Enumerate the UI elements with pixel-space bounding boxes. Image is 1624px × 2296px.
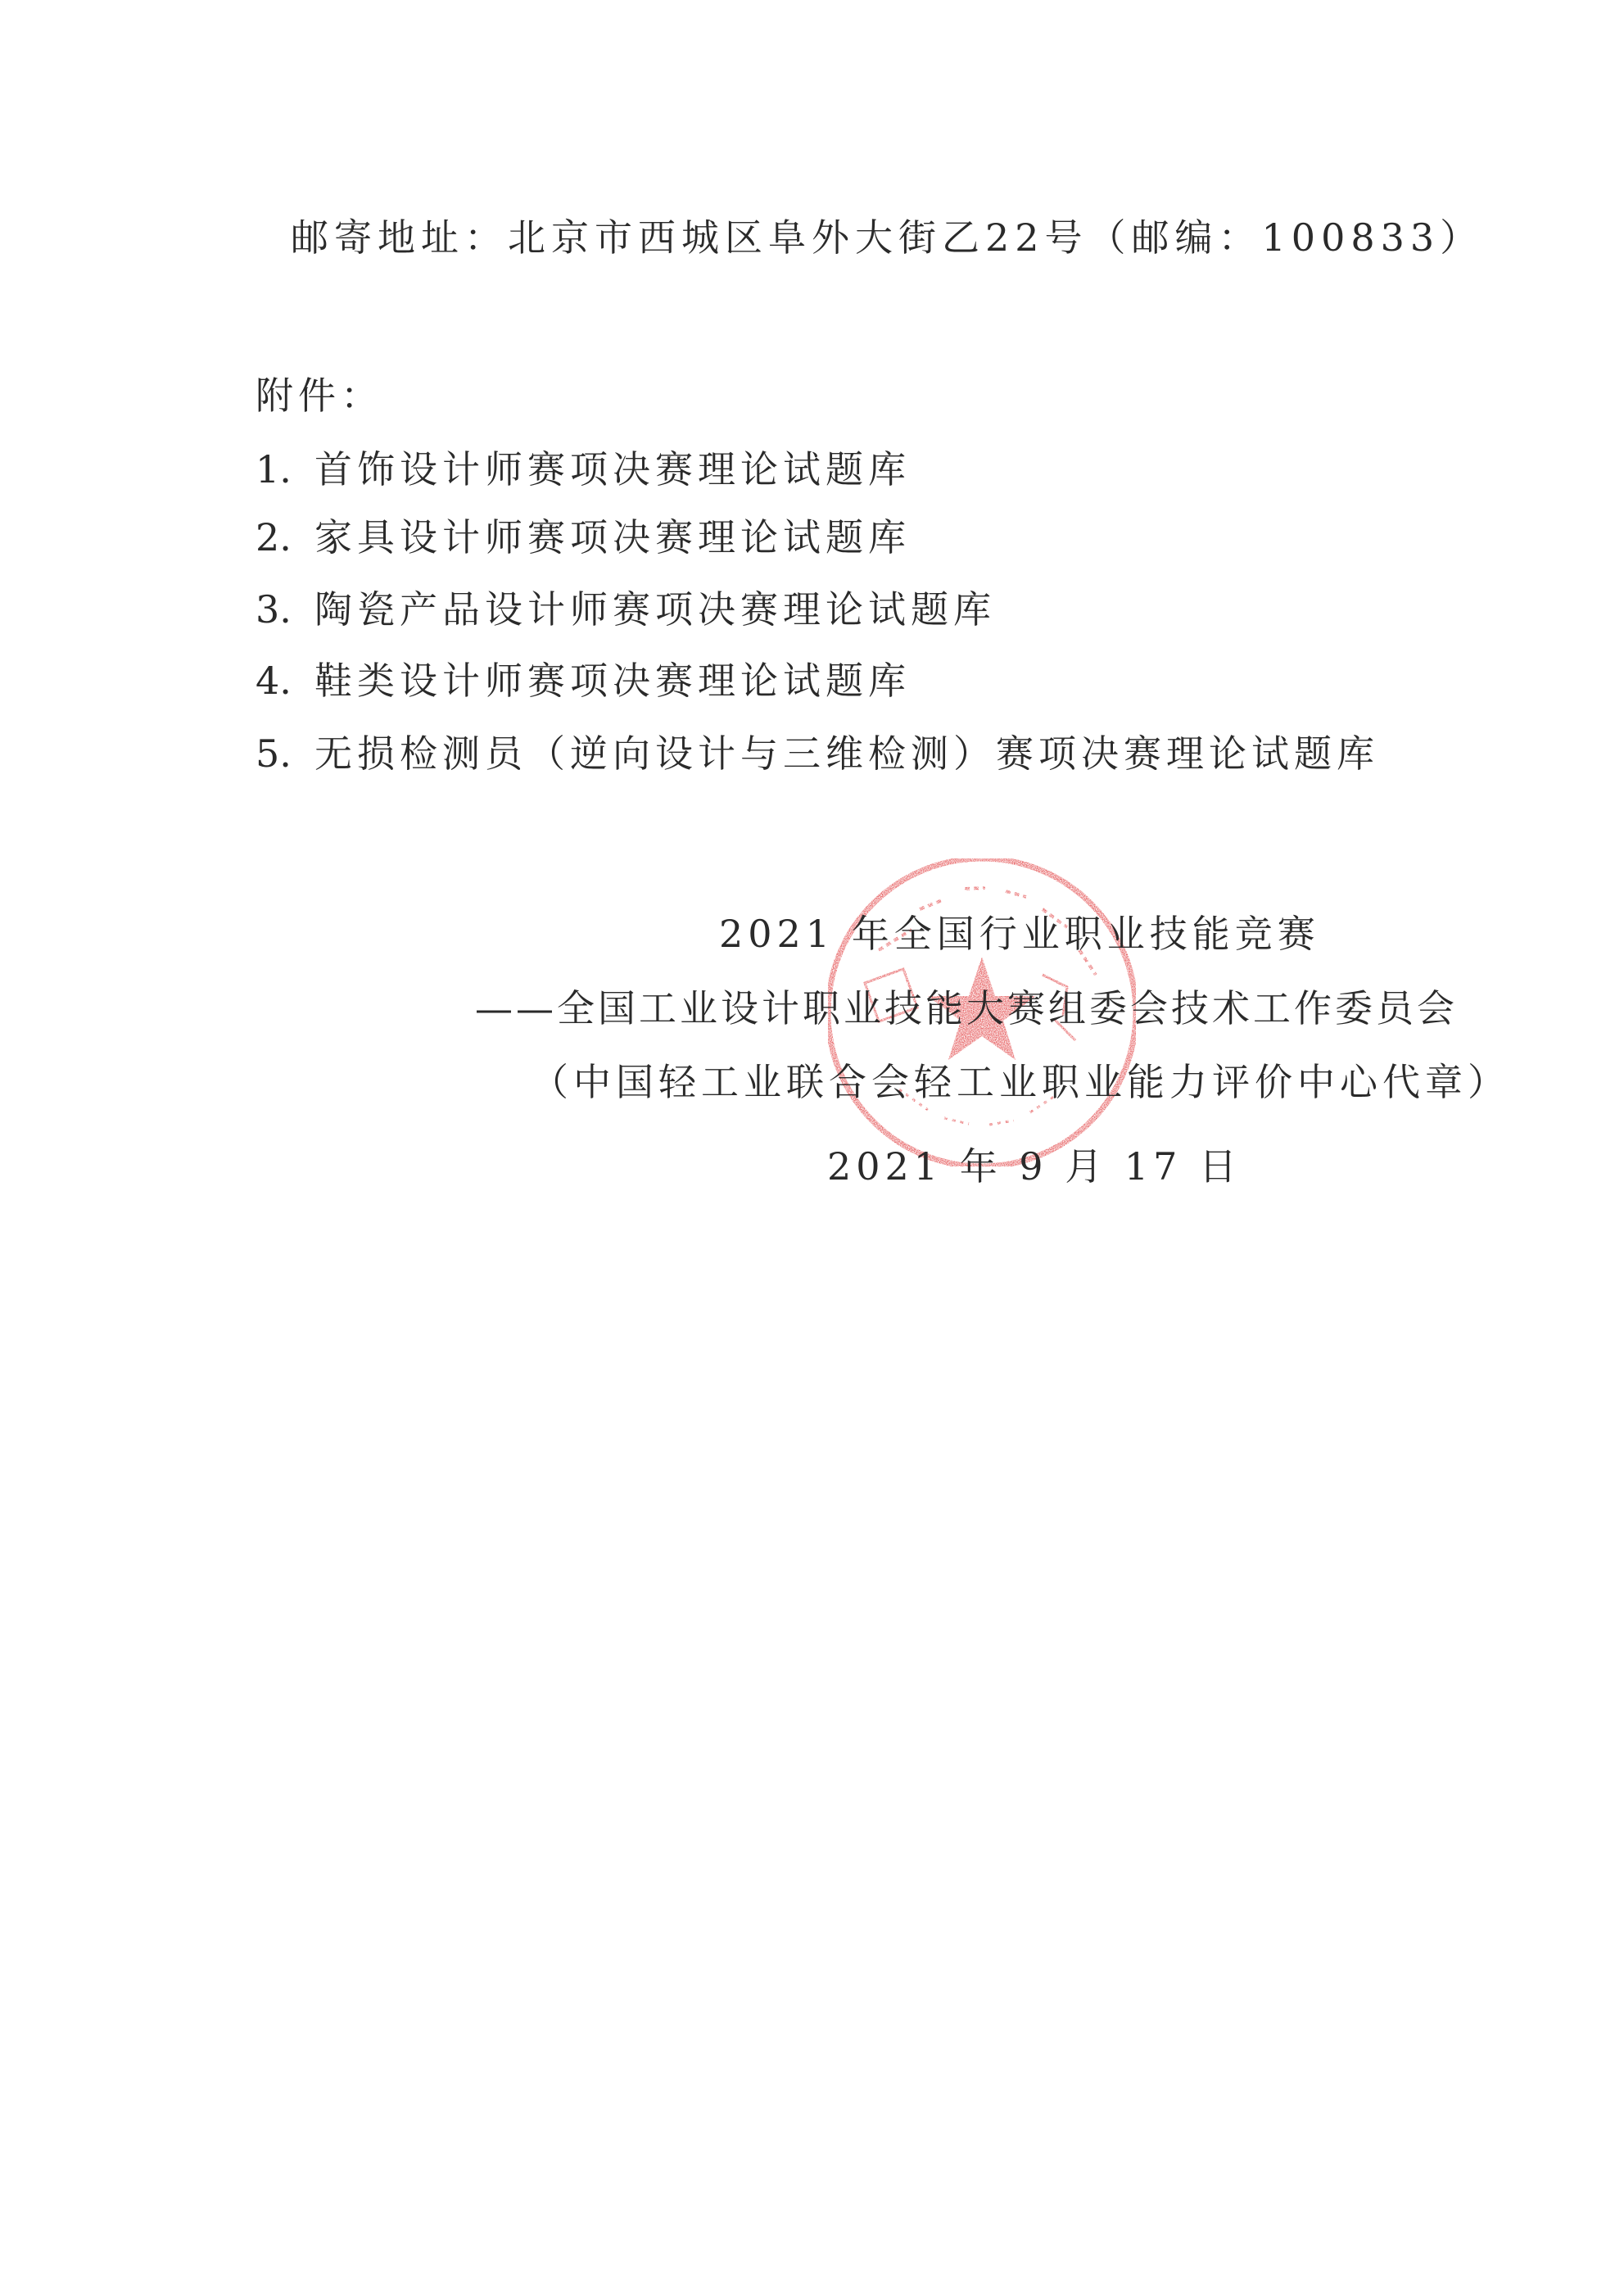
attachment-item: 2.家具设计师赛项决赛理论试题库: [256, 514, 911, 560]
attachment-number: 2.: [256, 514, 314, 560]
attachment-number: 1.: [256, 446, 314, 492]
signature-event: 2021 年全国行业职业技能竞赛: [719, 911, 1320, 957]
document-page: 邮寄地址：北京市西城区阜外大街乙22号（邮编：100833） 附件： 1.首饰设…: [0, 0, 1624, 2296]
attachment-number: 5.: [256, 731, 314, 777]
attachment-item: 4.鞋类设计师赛项决赛理论试题库: [256, 658, 911, 704]
signature-committee: ——全国工业设计职业技能大赛组委会技术工作委员会: [475, 985, 1458, 1031]
attachments-heading: 附件：: [256, 373, 383, 419]
attachment-label: 鞋类设计师赛项决赛理论试题库: [314, 659, 911, 703]
attachment-item: 5.无损检测员（逆向设计与三维检测）赛项决赛理论试题库: [256, 731, 1379, 777]
attachment-label: 家具设计师赛项决赛理论试题库: [314, 515, 911, 559]
attachment-item: 1.首饰设计师赛项决赛理论试题库: [256, 446, 911, 492]
attachment-label: 首饰设计师赛项决赛理论试题库: [314, 447, 911, 491]
attachment-label: 陶瓷产品设计师赛项决赛理论试题库: [314, 587, 996, 632]
attachment-label: 无损检测员（逆向设计与三维检测）赛项决赛理论试题库: [314, 731, 1379, 776]
attachment-number: 3.: [256, 586, 314, 632]
attachment-number: 4.: [256, 658, 314, 704]
attachment-item: 3.陶瓷产品设计师赛项决赛理论试题库: [256, 586, 996, 632]
mailing-address: 邮寄地址：北京市西城区阜外大街乙22号（邮编：100833）: [291, 215, 1483, 260]
signature-date: 2021 年 9 月 17 日: [827, 1143, 1242, 1189]
signature-seal-note: （中国轻工业联合会轻工业职业能力评价中心代章）: [531, 1059, 1510, 1105]
